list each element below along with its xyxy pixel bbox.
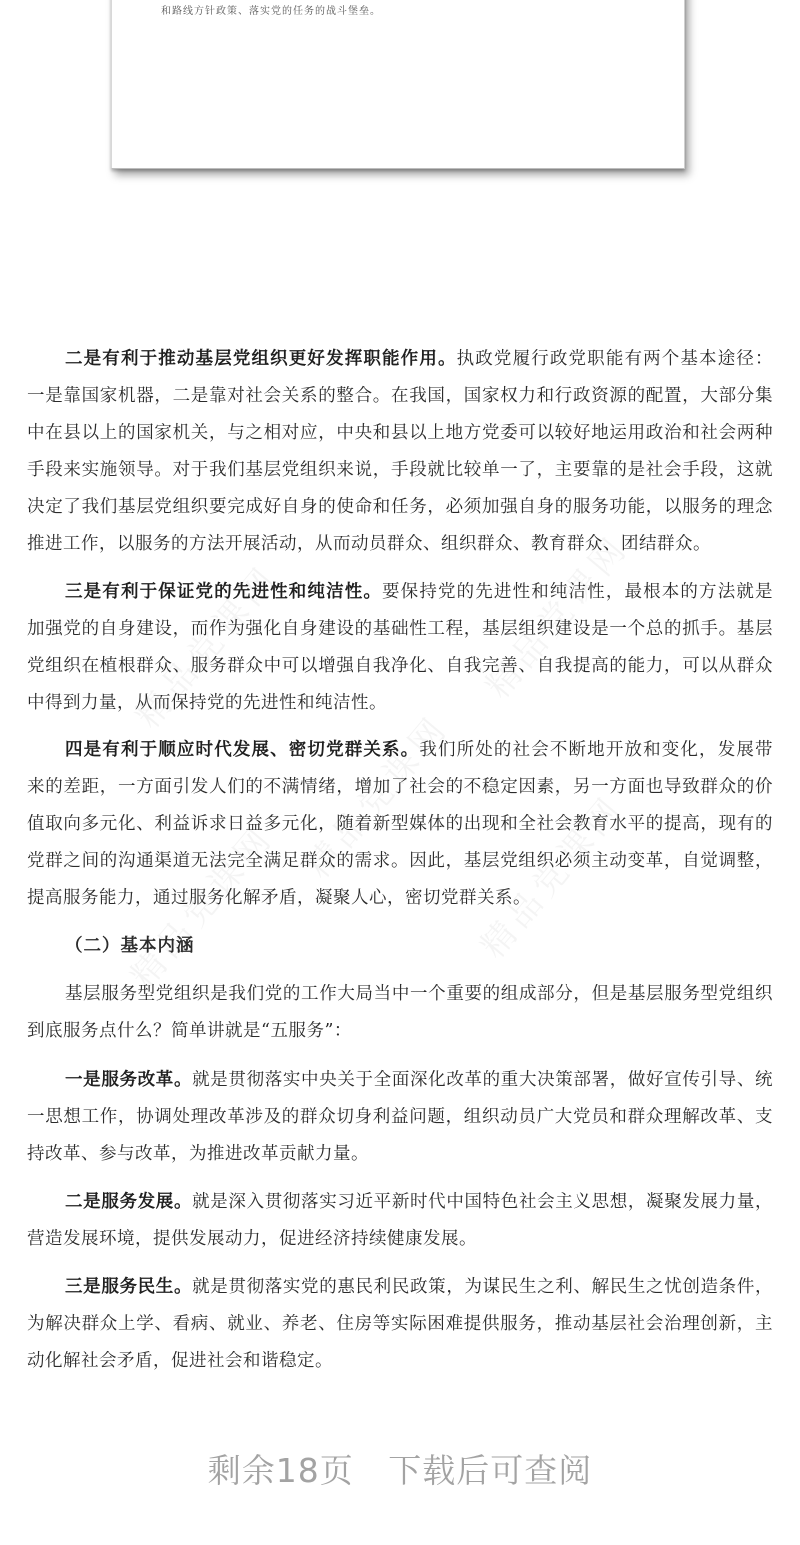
text-line: 为解决群众上学、看病、就业、养老、住房等实际困难提供服务，推动基层社会治理创新，… xyxy=(27,1306,773,1343)
text-line: 三是有利于保证党的先进性和纯洁性。要保持党的先进性和纯洁性，最根本的方法就是 xyxy=(65,574,773,611)
text-line: 中在县以上的国家机关，与之相对应，中央和县以上地方党委可以较好地运用政治和社会两… xyxy=(27,415,773,452)
paragraph-lead: 三是有利于保证党的先进性和纯洁性。 xyxy=(65,582,382,602)
text-line: 手段来实施领导。对于我们基层党组织来说，手段就比较单一了，主要靠的是社会手段，这… xyxy=(27,452,773,489)
previous-page-last-line: 和路线方针政策、落实党的任务的战斗堡垒。 xyxy=(161,2,381,17)
remaining-pages-download-prompt[interactable]: 剩余18页 下载后可查阅 xyxy=(0,1445,800,1492)
text-line: 一是服务改革。就是贯彻落实中央关于全面深化改革的重大决策部署，做好宣传引导、统 xyxy=(65,1062,773,1099)
text-line: 推进工作，以服务的方法开展活动，从而动员群众、组织群众、教育群众、团结群众。 xyxy=(27,526,773,563)
text-line: 基层服务型党组织是我们党的工作大局当中一个重要的组成部分，但是基层服务型党组织 xyxy=(65,976,773,1013)
text-line: 加强党的自身建设，而作为强化自身建设的基础性工程，基层组织建设是一个总的抓手。基… xyxy=(27,611,773,648)
text-line: 来的差距，一方面引发人们的不满情绪，增加了社会的不稳定因素，另一方面也导致群众的… xyxy=(27,769,773,806)
text-line: 营造发展环境，提供发展动力，促进经济持续健康发展。 xyxy=(27,1221,773,1258)
text-line: 持改革、参与改革，为推进改革贡献力量。 xyxy=(27,1136,773,1173)
text-line: 党组织在植根群众、服务群众中可以增强自我净化、自我完善、自我提高的能力，可以从群… xyxy=(27,648,773,685)
paragraph-lead: 一是服务改革。 xyxy=(65,1070,192,1090)
paragraph-lead: 三是服务民生。 xyxy=(65,1277,192,1297)
text-line: 二是服务发展。就是深入贯彻落实习近平新时代中国特色社会主义思想，凝聚发展力量， xyxy=(65,1184,773,1221)
text-line: 中得到力量，从而保持党的先进性和纯洁性。 xyxy=(27,685,773,722)
text-line: 一思想工作，协调处理改革涉及的群众切身利益问题，组织动员广大党员和群众理解改革、… xyxy=(27,1099,773,1136)
text-line: 决定了我们基层党组织要完成好自身的使命和任务，必须加强自身的服务功能，以服务的理… xyxy=(27,489,773,526)
text-line: 二是有利于推动基层党组织更好发挥职能作用。执政党履行政党职能有两个基本途径： xyxy=(65,341,773,378)
paragraph-lead: 二是有利于推动基层党组织更好发挥职能作用。 xyxy=(65,349,457,369)
text-line: 一是靠国家机器，二是靠对社会关系的整合。在我国，国家权力和行政资源的配置，大部分… xyxy=(27,378,773,415)
previous-page-card: 和路线方针政策、落实党的任务的战斗堡垒。 xyxy=(111,0,685,169)
text-line: 四是有利于顺应时代发展、密切党群关系。我们所处的社会不断地开放和变化，发展带 xyxy=(65,732,773,769)
text-line: 动化解社会矛盾，促进社会和谐稳定。 xyxy=(27,1343,773,1380)
text-line: 提高服务能力，通过服务化解矛盾，凝聚人心，密切党群关系。 xyxy=(27,880,773,917)
paragraph-lead: 二是服务发展。 xyxy=(65,1192,192,1212)
section-heading: （二）基本内涵 xyxy=(65,928,195,965)
text-line: 值取向多元化、利益诉求日益多元化，随着新型媒体的出现和全社会教育水平的提高，现有… xyxy=(27,806,773,843)
text-line: 党群之间的沟通渠道无法完全满足群众的需求。因此，基层党组织必须主动变革，自觉调整… xyxy=(27,843,773,880)
text-line: 到底服务点什么？简单讲就是“五服务”： xyxy=(27,1013,773,1050)
paragraph-lead: 四是有利于顺应时代发展、密切党群关系。 xyxy=(65,740,419,760)
text-line: 三是服务民生。就是贯彻落实党的惠民利民政策，为谋民生之利、解民生之忧创造条件， xyxy=(65,1269,773,1306)
